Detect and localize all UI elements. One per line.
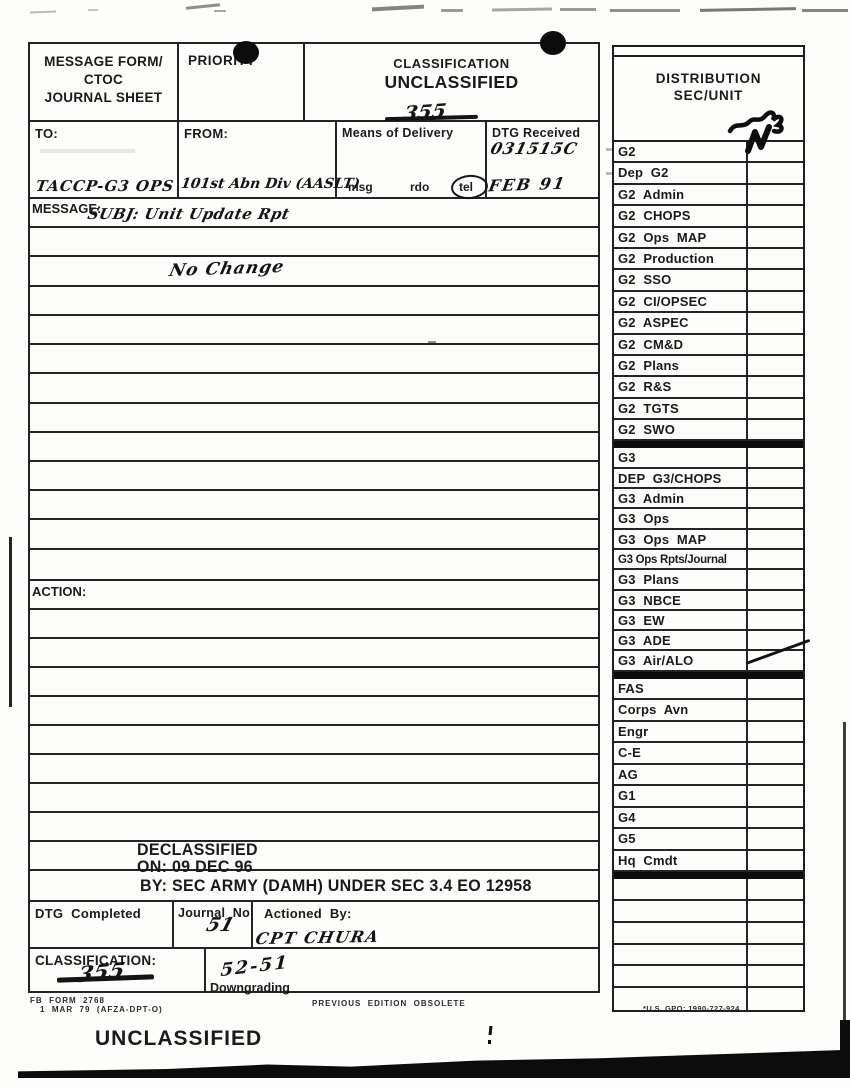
distribution-row-label: DEP G3/CHOPS — [614, 469, 748, 487]
distribution-check-cell — [748, 530, 803, 548]
action-rule-line — [30, 668, 598, 697]
action-rule-line — [30, 610, 598, 639]
distribution-row: DEP G3/CHOPS — [614, 469, 803, 489]
distribution-row: FAS — [614, 679, 803, 701]
distribution-row-label: G3 EW — [614, 611, 748, 629]
dtg-received-value-line2: FEB 91 — [487, 174, 568, 196]
distribution-check-cell — [748, 399, 803, 418]
distribution-row-label: C-E — [614, 743, 748, 763]
distribution-check-cell — [748, 765, 803, 785]
distribution-check-cell — [748, 786, 803, 806]
distribution-row: G3 Ops — [614, 509, 803, 529]
distribution-check-cell — [748, 292, 803, 311]
distribution-row-label: G3 Ops MAP — [614, 530, 748, 548]
distribution-header: DISTRIBUTION SEC/UNIT — [614, 71, 803, 142]
distribution-section-divider — [614, 672, 803, 679]
distribution-check-cell — [748, 966, 803, 986]
action-rule-line — [30, 784, 598, 813]
distribution-row-label: G3 Ops Rpts/Journal — [614, 550, 748, 568]
distribution-row: G4 — [614, 808, 803, 830]
scan-noise — [441, 9, 463, 12]
distribution-row: G2 Ops MAP — [614, 228, 803, 249]
dtg-received-label: DTG Received — [487, 122, 598, 140]
to-value-handwriting: TACCP-G3 OPS — [35, 177, 176, 195]
distribution-row-label: G1 — [614, 786, 748, 806]
distribution-row-label: G3 NBCE — [614, 591, 748, 609]
distribution-header-line1: DISTRIBUTION — [614, 71, 803, 86]
distribution-row: G3 EW — [614, 611, 803, 631]
distribution-row-label: G2 Admin — [614, 185, 748, 204]
scan-smudge-bottom — [18, 1048, 850, 1078]
distribution-row-label: G2 ASPEC — [614, 313, 748, 332]
distribution-row-label: FAS — [614, 679, 748, 699]
distribution-check-cell — [748, 923, 803, 943]
distribution-check-cell — [748, 335, 803, 354]
stray-dot — [488, 1040, 491, 1044]
distribution-check-cell — [748, 163, 803, 182]
action-rule-line — [30, 726, 598, 755]
distribution-row-label: G2 TGTS — [614, 399, 748, 418]
form-title-cell: MESSAGE FORM/ CTOC JOURNAL SHEET — [28, 42, 179, 122]
message-rule-line — [30, 316, 598, 345]
distribution-row: G3 NBCE — [614, 591, 803, 611]
hole-punch-mark-left — [233, 41, 259, 64]
distribution-row: Dep G2 — [614, 163, 803, 184]
distribution-check-cell — [748, 722, 803, 742]
message-rule-line — [30, 257, 598, 286]
action-label: ACTION: — [32, 584, 86, 599]
downgrading-label: Downgrading — [210, 981, 290, 995]
distribution-row-label: G2 Ops MAP — [614, 228, 748, 247]
distribution-row-label: G4 — [614, 808, 748, 828]
message-rule-line — [30, 491, 598, 520]
from-value-handwriting: 101st Abn Div (AASLT) — [180, 176, 361, 192]
message-subject-handwriting: SUBJ: Unit Update Rpt — [86, 205, 291, 223]
distribution-row-label: G3 Ops — [614, 509, 748, 527]
distribution-row: G2 Production — [614, 249, 803, 270]
distribution-check-cell — [748, 570, 803, 588]
distribution-row: C-E — [614, 743, 803, 765]
classification-label: CLASSIFICATION — [305, 56, 598, 71]
from-label: FROM: — [179, 122, 335, 141]
action-rule-line — [30, 697, 598, 726]
distribution-row: Hq Cmdt — [614, 851, 803, 873]
distribution-check-cell — [748, 829, 803, 849]
distribution-row-label: G3 Air/ALO — [614, 651, 748, 669]
dtg-completed-cell: DTG Completed — [28, 900, 174, 949]
distribution-row-label: G2 SSO — [614, 270, 748, 289]
action-rule-line — [30, 639, 598, 668]
distribution-row: G3 Plans — [614, 570, 803, 590]
action-rule-line — [30, 813, 598, 842]
scan-noise — [30, 11, 56, 14]
distribution-row: G2 R&S — [614, 377, 803, 398]
distribution-row: G2 TGTS — [614, 399, 803, 420]
distribution-row-label: G2 Production — [614, 249, 748, 268]
distribution-check-cell — [748, 700, 803, 720]
scan-noise — [492, 7, 552, 11]
distribution-check-cell — [748, 509, 803, 527]
distribution-check-cell — [748, 377, 803, 396]
message-rule-line — [30, 404, 598, 433]
distribution-check-cell — [748, 489, 803, 507]
message-rule-line — [30, 433, 598, 462]
actioned-by-handwriting: CPT CHURA — [254, 927, 381, 948]
message-rule-line — [30, 287, 598, 316]
distribution-row-label: G3 Admin — [614, 489, 748, 507]
message-rule-line — [30, 520, 598, 549]
dtg-received-value-line1: 031515C — [489, 139, 580, 158]
scan-line-right — [843, 722, 846, 1022]
previous-edition-note: PREVIOUS EDITION OBSOLETE — [312, 999, 466, 1008]
form-title-line1: MESSAGE FORM/ — [30, 53, 177, 71]
distribution-row — [614, 901, 803, 923]
distribution-table: DISTRIBUTION SEC/UNIT G2Dep G2G2 AdminG2… — [612, 45, 805, 1012]
delivery-option-tel: tel — [459, 180, 473, 194]
delivery-option-rdo: rdo — [410, 180, 429, 194]
distribution-check-cell — [748, 743, 803, 763]
distribution-check-cell — [748, 228, 803, 247]
actioned-by-label: Actioned By: — [253, 902, 598, 921]
distribution-row-label: Dep G2 — [614, 163, 748, 182]
distribution-row-label: G2 R&S — [614, 377, 748, 396]
scan-noise — [606, 148, 612, 151]
distribution-row: Engr — [614, 722, 803, 744]
distribution-row-label: G2 CM&D — [614, 335, 748, 354]
page-classification-bottom: UNCLASSIFIED — [95, 1027, 262, 1051]
classification-value: UNCLASSIFIED — [305, 72, 598, 93]
distribution-check-cell — [748, 550, 803, 568]
declass-stamp-line2: ON: 09 DEC 96 — [137, 858, 256, 877]
distribution-section-divider — [614, 441, 803, 448]
distribution-row: G2 CM&D — [614, 335, 803, 356]
distribution-row: G3 ADE — [614, 631, 803, 651]
distribution-check-cell — [748, 988, 803, 1010]
action-rule-line — [30, 842, 598, 871]
stray-mark — [489, 1026, 493, 1035]
form-title-line2: CTOC — [30, 71, 177, 89]
form-number: FB FORM 2768 — [30, 996, 105, 1005]
scan-noise — [802, 9, 848, 12]
handwritten-initials-scribble — [726, 107, 788, 155]
scan-noise — [610, 9, 680, 12]
distribution-row: G2 CHOPS — [614, 206, 803, 227]
distribution-check-cell — [748, 851, 803, 871]
scan-noise — [40, 149, 135, 153]
distribution-check-cell — [748, 313, 803, 332]
distribution-check-cell — [748, 945, 803, 965]
scan-noise — [560, 8, 596, 11]
distribution-row-label — [614, 901, 748, 921]
distribution-header-line2: SEC/UNIT — [614, 88, 803, 103]
action-section — [28, 579, 600, 902]
distribution-row-label: G2 CHOPS — [614, 206, 748, 225]
distribution-row-label: G2 CI/OPSEC — [614, 292, 748, 311]
distribution-row-label: G3 — [614, 448, 748, 466]
distribution-row-label — [614, 945, 748, 965]
distribution-row-label: AG — [614, 765, 748, 785]
distribution-row-label — [614, 923, 748, 943]
action-rule-line — [30, 581, 598, 610]
distribution-row-label: G3 Plans — [614, 570, 748, 588]
message-body-handwriting: No Change — [167, 257, 286, 281]
scan-noise — [428, 341, 436, 343]
scan-noise — [606, 172, 612, 175]
classification-bottom-strikeout: 355 — [75, 958, 128, 989]
distribution-check-cell — [748, 879, 803, 899]
scan-noise — [88, 9, 98, 11]
distribution-check-cell — [748, 591, 803, 609]
distribution-check-cell — [748, 448, 803, 466]
classification-strikeout-handwriting: 355 — [402, 99, 449, 126]
distribution-check-cell — [748, 420, 803, 439]
to-label: TO: — [30, 122, 177, 141]
distribution-row: G2 ASPEC — [614, 313, 803, 334]
distribution-row-label: G5 — [614, 829, 748, 849]
distribution-row — [614, 923, 803, 945]
distribution-row: G1 — [614, 786, 803, 808]
distribution-row: AG — [614, 765, 803, 787]
distribution-row: Corps Avn — [614, 700, 803, 722]
distribution-row: G2 Plans — [614, 356, 803, 377]
distribution-row: G2 Admin — [614, 185, 803, 206]
distribution-top-strip — [614, 47, 803, 57]
distribution-check-cell — [748, 206, 803, 225]
distribution-check-cell — [748, 901, 803, 921]
distribution-row — [614, 988, 803, 1010]
distribution-check-cell — [748, 270, 803, 289]
distribution-check-cell — [748, 249, 803, 268]
distribution-row: G2 SSO — [614, 270, 803, 291]
declass-stamp-line3: BY: SEC ARMY (DAMH) UNDER SEC 3.4 EO 129… — [140, 877, 544, 896]
distribution-check-cell — [748, 611, 803, 629]
distribution-row — [614, 879, 803, 901]
distribution-row-label: Corps Avn — [614, 700, 748, 720]
distribution-check-cell — [748, 185, 803, 204]
distribution-row: G3 Ops MAP — [614, 530, 803, 550]
message-rule-line — [30, 345, 598, 374]
distribution-row: G3 Admin — [614, 489, 803, 509]
message-rule-line — [30, 462, 598, 491]
scanned-message-form-page: MESSAGE FORM/ CTOC JOURNAL SHEET PRIORIT… — [0, 0, 850, 1087]
distribution-row-label — [614, 988, 748, 1010]
distribution-row-label — [614, 966, 748, 986]
action-rule-line — [30, 755, 598, 784]
hole-punch-mark-right — [540, 31, 566, 55]
distribution-check-cell — [748, 469, 803, 487]
distribution-row — [614, 945, 803, 967]
dtg-completed-label: DTG Completed — [30, 902, 172, 921]
distribution-check-cell — [748, 679, 803, 699]
form-title-line3: JOURNAL SHEET — [30, 89, 177, 107]
distribution-row: G3 Ops Rpts/Journal — [614, 550, 803, 570]
distribution-row-label: Hq Cmdt — [614, 851, 748, 871]
form-date: 1 MAR 79 (AFZA-DPT-O) — [40, 1005, 163, 1014]
message-rule-line — [30, 550, 598, 579]
message-rule-line — [30, 374, 598, 403]
distribution-row — [614, 966, 803, 988]
scan-noise — [214, 10, 226, 12]
distribution-row: G5 — [614, 829, 803, 851]
distribution-row-label: G3 ADE — [614, 631, 748, 649]
distribution-row: G3 — [614, 448, 803, 468]
distribution-row-label: G2 Plans — [614, 356, 748, 375]
distribution-row-label — [614, 879, 748, 899]
distribution-section-divider — [614, 872, 803, 879]
scan-line-left — [9, 537, 12, 707]
distribution-row: G2 CI/OPSEC — [614, 292, 803, 313]
distribution-check-cell — [748, 356, 803, 375]
scan-noise — [700, 7, 796, 12]
distribution-row-label: Engr — [614, 722, 748, 742]
distribution-check-cell — [748, 808, 803, 828]
distribution-row: G2 SWO — [614, 420, 803, 441]
message-section — [28, 197, 600, 581]
scan-noise — [186, 3, 220, 10]
scan-noise — [372, 5, 424, 12]
message-rule-line — [30, 228, 598, 257]
distribution-row-label: G2 SWO — [614, 420, 748, 439]
